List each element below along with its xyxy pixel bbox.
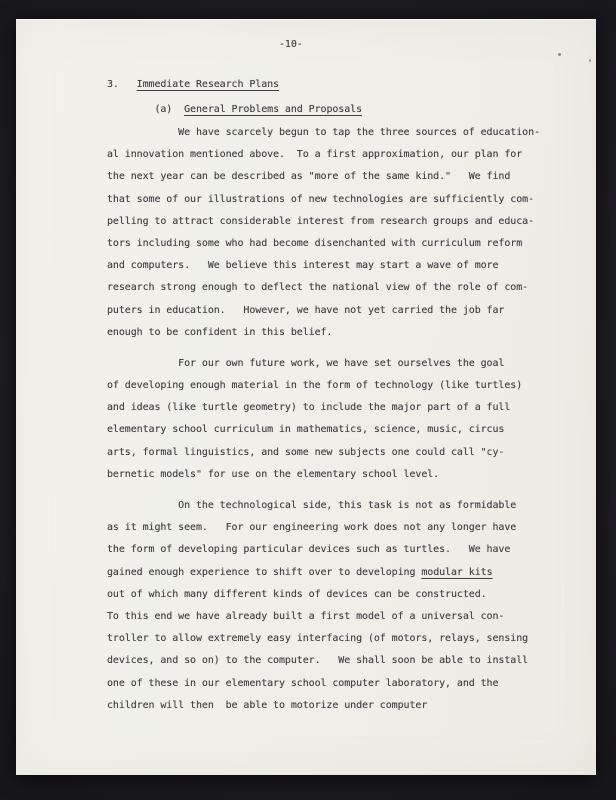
text-line: al innovation mentioned above. To a firs… [107, 144, 577, 166]
typewritten-text: 3. Immediate Research Plans (a) General … [107, 72, 577, 717]
underlined-text: modular kits [421, 567, 492, 578]
text-line: and computers. We believe this interest … [107, 255, 577, 277]
text-line: gained enough experience to shift over t… [107, 562, 577, 584]
text-line: the next year can be described as "more … [107, 166, 577, 188]
text-line: devices, and so on) to the computer. We … [107, 650, 577, 672]
heading-line: 3. Immediate Research Plans [107, 72, 577, 97]
text-line: tors including some who had become disen… [107, 233, 577, 255]
text-line: as it might seem. For our engineering wo… [107, 517, 577, 539]
text-line: one of these in our elementary school co… [107, 673, 577, 695]
text-line: troller to allow extremely easy interfac… [107, 628, 577, 650]
text-line: bernetic models" for use on the elementa… [107, 464, 577, 486]
document-page: -10- 3. Immediate Research Plans (a) Gen… [16, 19, 596, 775]
text-line: enough to be confident in this belief. [107, 322, 577, 344]
text-line: For our own future work, we have set our… [107, 353, 577, 375]
text-line: children will then be able to motorize u… [107, 695, 577, 717]
text-line: puters in education. However, we have no… [107, 300, 577, 322]
text-line: research strong enough to deflect the na… [107, 277, 577, 299]
text-line: the form of developing particular device… [107, 539, 577, 561]
ink-speck [558, 53, 561, 56]
text-line: out of which many different kinds of dev… [107, 584, 577, 606]
text-line: arts, formal linguistics, and some new s… [107, 442, 577, 464]
underlined-text: Immediate Research Plans [137, 79, 279, 90]
text-line: pelling to attract considerable interest… [107, 211, 577, 233]
page-number: -10- [279, 35, 303, 55]
ink-speck [589, 59, 591, 62]
text-line: that some of our illustrations of new te… [107, 189, 577, 211]
text-line: We have scarcely begun to tap the three … [107, 122, 577, 144]
scan-background: -10- 3. Immediate Research Plans (a) Gen… [0, 0, 616, 800]
underlined-text: General Problems and Proposals [184, 104, 362, 115]
heading-line: (a) General Problems and Proposals [107, 97, 577, 122]
text-line: On the technological side, this task is … [107, 495, 577, 517]
text-line: elementary school curriculum in mathemat… [107, 419, 577, 441]
text-line: of developing enough material in the for… [107, 375, 577, 397]
text-line: and ideas (like turtle geometry) to incl… [107, 397, 577, 419]
text-line: To this end we have already built a firs… [107, 606, 577, 628]
